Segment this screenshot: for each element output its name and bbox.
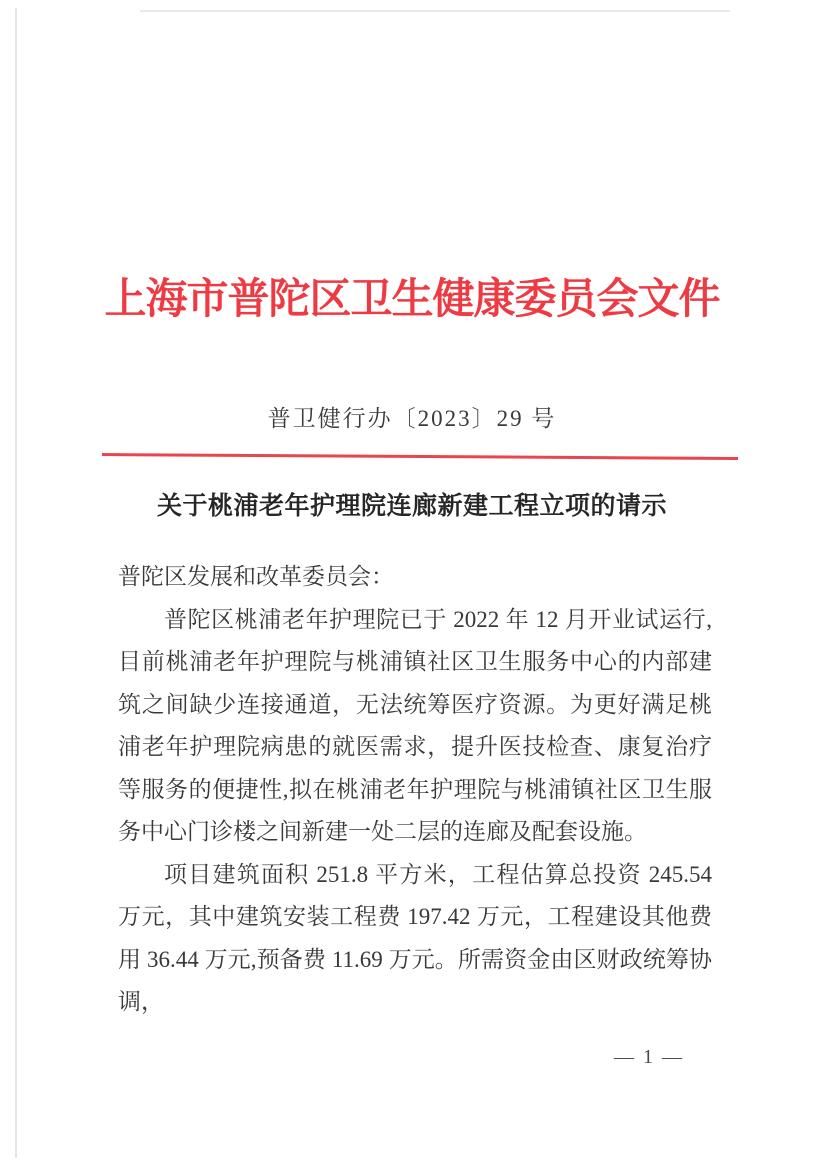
body-paragraph-1: 普陀区桃浦老年护理院已于 2022 年 12 月开业试运行,目前桃浦老年护理院与… [118, 599, 712, 854]
document-subject-title: 关于桃浦老年护理院连廊新建工程立项的请示 [0, 486, 824, 522]
body-paragraph-2: 项目建筑面积 251.8 平方米，工程估算总投资 245.54 万元，其中建筑安… [118, 854, 712, 1024]
scan-smudge [140, 10, 730, 12]
letterhead-title: 上海市普陀区卫生健康委员会文件 [0, 266, 824, 326]
salutation: 普陀区发展和改革委员会： [118, 556, 712, 599]
page-number: — 1 — [614, 1046, 684, 1069]
document-body: 普陀区发展和改革委员会： 普陀区桃浦老年护理院已于 2022 年 12 月开业试… [118, 556, 712, 1024]
red-divider-line [102, 453, 738, 460]
document-page: 上海市普陀区卫生健康委员会文件 普卫健行办〔2023〕29 号 关于桃浦老年护理… [0, 0, 824, 1161]
scan-edge-line [15, 8, 17, 1158]
document-number: 普卫健行办〔2023〕29 号 [0, 400, 824, 433]
